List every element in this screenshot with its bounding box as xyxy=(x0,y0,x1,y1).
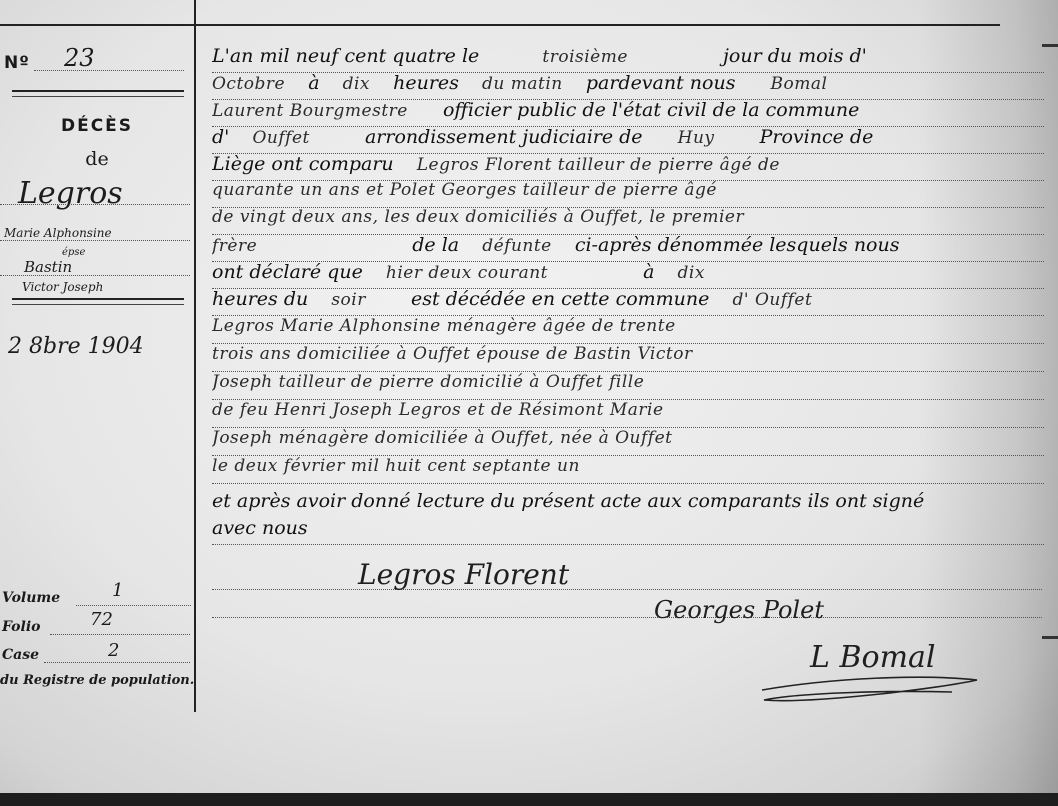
text-line: de feu Henri Joseph Legros et de Résimon… xyxy=(212,400,1044,428)
text-line: ont déclaré que hier deux courant à dix xyxy=(212,261,1044,289)
act-body: L'an mil neuf cent quatre le troisième j… xyxy=(196,0,1058,793)
double-rule xyxy=(12,298,184,305)
text-line: et après avoir donné lecture du présent … xyxy=(212,490,1044,517)
text-line: Laurent Bourgmestre officier public de l… xyxy=(212,99,1044,127)
folio-value: 72 xyxy=(90,609,113,630)
printed-text: heures xyxy=(393,72,459,94)
handwritten-text: d' Ouffet xyxy=(733,290,813,310)
deceased-given-names: Marie Alphonsine xyxy=(4,226,112,240)
signature-line xyxy=(212,617,1042,618)
dotted-line xyxy=(50,634,190,635)
number-dotted-line xyxy=(34,70,184,71)
handwritten-text: Joseph tailleur de pierre domicilié à Ou… xyxy=(212,372,644,392)
handwritten-text: trois ans domiciliée à Ouffet épouse de … xyxy=(212,344,693,364)
spouse-surname: Bastin xyxy=(24,258,72,276)
text-line: avec nous xyxy=(212,517,1044,545)
handwritten-text: dix xyxy=(678,263,705,283)
handwritten-text: Laurent Bourgmestre xyxy=(212,101,408,121)
section-title: DÉCÈS xyxy=(0,116,194,136)
printed-text: Province de xyxy=(760,126,874,148)
signature-legros-florent: Legros Florent xyxy=(358,558,569,591)
printed-text: jour du mois d' xyxy=(723,45,867,67)
text-line: le deux février mil huit cent septante u… xyxy=(212,456,1044,484)
number-label: Nº xyxy=(4,53,30,73)
text-line: Joseph tailleur de pierre domicilié à Ou… xyxy=(212,372,1044,400)
handwritten-text: de vingt deux ans, les deux domiciliés à… xyxy=(212,207,744,227)
text-line: quarante un ans et Polet Georges tailleu… xyxy=(212,180,1044,208)
folio-label: Folio xyxy=(2,619,41,635)
text-line: Legros Marie Alphonsine ménagère âgée de… xyxy=(212,316,1044,344)
dotted-line xyxy=(76,605,191,606)
text-line: trois ans domiciliée à Ouffet épouse de … xyxy=(212,344,1044,372)
printed-text: de la xyxy=(412,234,459,256)
text-line: de vingt deux ans, les deux domiciliés à… xyxy=(212,207,1044,235)
spouse-label: épse xyxy=(62,247,85,258)
handwritten-text: de feu Henri Joseph Legros et de Résimon… xyxy=(212,400,664,420)
signature-line xyxy=(212,589,1042,590)
printed-text: heures du xyxy=(212,288,308,310)
dotted-line xyxy=(0,275,190,276)
printed-text: officier public de l'état civil de la co… xyxy=(443,99,859,121)
printed-text: et après avoir donné lecture du présent … xyxy=(212,490,924,512)
deceased-surname: Legros xyxy=(18,176,123,211)
text-line: heures du soir est décédée en cette comm… xyxy=(212,288,1044,316)
handwritten-text: hier deux courant xyxy=(386,263,548,283)
register-footer: du Registre de population. xyxy=(0,673,194,688)
handwritten-text: Joseph ménagère domiciliée à Ouffet, née… xyxy=(212,428,672,448)
dotted-line xyxy=(0,240,190,241)
printed-text: à xyxy=(308,72,319,94)
case-value: 2 xyxy=(108,640,119,661)
printed-text: pardevant nous xyxy=(586,72,736,94)
dotted-line xyxy=(0,204,190,205)
de-word: de xyxy=(0,148,194,170)
margin-column: Nº 23 DÉCÈS de Legros Marie Alphonsine é… xyxy=(0,0,194,793)
handwritten-text: troisième xyxy=(542,47,628,67)
spouse-given-names: Victor Joseph xyxy=(22,280,103,294)
text-line: Joseph ménagère domiciliée à Ouffet, née… xyxy=(212,428,1044,456)
printed-text: avec nous xyxy=(212,517,308,539)
double-rule xyxy=(12,90,184,97)
death-date-note: 2 8bre 1904 xyxy=(8,334,144,359)
scan-bottom-edge xyxy=(0,793,1058,806)
text-line: frère de la défunte ci-après dénommée le… xyxy=(212,234,1044,262)
handwritten-text: Huy xyxy=(678,128,715,148)
printed-text: L'an mil neuf cent quatre le xyxy=(212,45,479,67)
handwritten-text: Legros Florent tailleur de pierre âgé de xyxy=(417,155,780,175)
handwritten-text: Octobre xyxy=(212,74,285,94)
handwritten-text: défunte xyxy=(482,236,552,256)
printed-text: Liège ont comparu xyxy=(212,153,394,175)
printed-text: d' xyxy=(212,126,229,148)
act-number: 23 xyxy=(64,44,95,72)
text-line: L'an mil neuf cent quatre le troisième j… xyxy=(212,45,1044,73)
handwritten-text: Legros Marie Alphonsine ménagère âgée de… xyxy=(212,316,676,336)
printed-text: ci-après dénommée lesquels nous xyxy=(575,234,900,256)
handwritten-text: soir xyxy=(331,290,366,310)
case-label: Case xyxy=(2,647,39,663)
printed-text: ont déclaré que xyxy=(212,261,363,283)
dotted-line xyxy=(44,662,190,663)
printed-text: à xyxy=(643,261,654,283)
text-line: Octobre à dix heures du matin pardevant … xyxy=(212,72,1044,100)
signature-georges-polet: Georges Polet xyxy=(654,596,824,624)
register-page: Nº 23 DÉCÈS de Legros Marie Alphonsine é… xyxy=(0,0,1058,793)
handwritten-text: Ouffet xyxy=(252,128,309,148)
text-line: Liège ont comparu Legros Florent tailleu… xyxy=(212,153,1044,181)
handwritten-text: Bomal xyxy=(771,74,828,94)
handwritten-text: le deux février mil huit cent septante u… xyxy=(212,456,580,476)
text-line: d' Ouffet arrondissement judiciaire de H… xyxy=(212,126,1044,154)
volume-label: Volume xyxy=(2,590,60,606)
volume-value: 1 xyxy=(112,580,123,601)
printed-text: arrondissement judiciaire de xyxy=(365,126,643,148)
handwritten-text: du matin xyxy=(482,74,563,94)
handwritten-text: frère xyxy=(212,236,257,256)
handwritten-text: quarante un ans et Polet Georges tailleu… xyxy=(212,180,717,200)
printed-text: est décédée en cette commune xyxy=(411,288,709,310)
handwritten-text: dix xyxy=(343,74,370,94)
signature-flourish xyxy=(752,668,992,708)
